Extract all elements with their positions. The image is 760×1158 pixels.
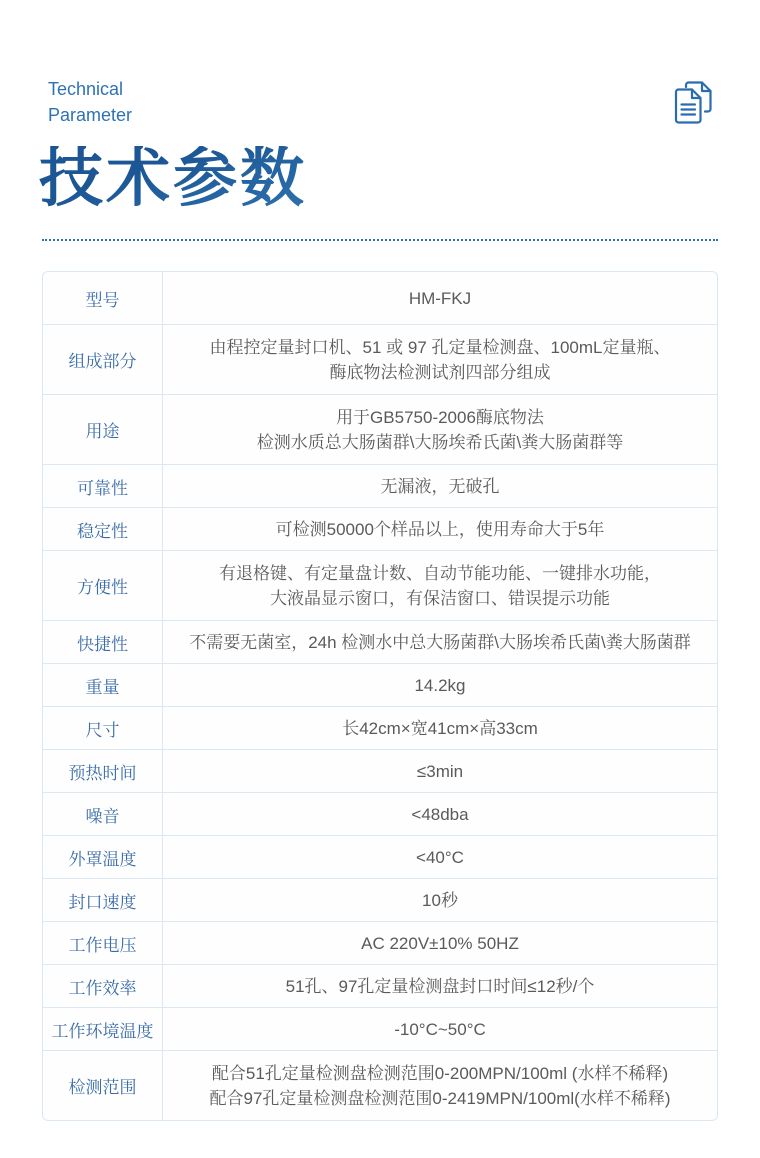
eyebrow-line2: Parameter bbox=[48, 102, 718, 128]
row-value-line: 用于GB5750-2006酶底物法 bbox=[336, 405, 544, 430]
row-value: 用于GB5750-2006酶底物法检测水质总大肠菌群\大肠埃希氏菌\粪大肠菌群等 bbox=[163, 395, 717, 464]
row-value-line: AC 220V±10% 50HZ bbox=[361, 931, 519, 956]
row-label: 封口速度 bbox=[43, 879, 163, 921]
table-row: 尺寸长42cm×宽41cm×高33cm bbox=[43, 706, 717, 749]
row-value-line: 配合51孔定量检测盘检测范围0-200MPN/100ml (水样不稀释) bbox=[212, 1061, 668, 1086]
row-value-line: ≤3min bbox=[417, 759, 463, 784]
table-row: 用途用于GB5750-2006酶底物法检测水质总大肠菌群\大肠埃希氏菌\粪大肠菌… bbox=[43, 394, 717, 464]
table-row: 检测范围配合51孔定量检测盘检测范围0-200MPN/100ml (水样不稀释)… bbox=[43, 1050, 717, 1120]
copy-document-icon bbox=[670, 78, 716, 128]
row-value: 有退格键、有定量盘计数、自动节能功能、一键排水功能，大液晶显示窗口，有保洁窗口、… bbox=[163, 551, 717, 620]
table-row: 工作环境温度-10°C~50°C bbox=[43, 1007, 717, 1050]
page-header: Technical Parameter 技术参数 bbox=[42, 76, 718, 241]
row-label: 工作环境温度 bbox=[43, 1008, 163, 1050]
row-value-line: <48dba bbox=[411, 802, 468, 827]
row-value-line: 由程控定量封口机、51 或 97 孔定量检测盘、100mL定量瓶、 bbox=[210, 335, 671, 360]
dotted-divider bbox=[42, 239, 718, 241]
table-row: 型号HM-FKJ bbox=[43, 272, 717, 324]
table-row: 快捷性不需要无菌室，24h 检测水中总大肠菌群\大肠埃希氏菌\粪大肠菌群 bbox=[43, 620, 717, 663]
row-value: 由程控定量封口机、51 或 97 孔定量检测盘、100mL定量瓶、酶底物法检测试… bbox=[163, 325, 717, 394]
row-label: 尺寸 bbox=[43, 707, 163, 749]
row-value: 不需要无菌室，24h 检测水中总大肠菌群\大肠埃希氏菌\粪大肠菌群 bbox=[163, 621, 717, 663]
row-label: 外罩温度 bbox=[43, 836, 163, 878]
row-label: 型号 bbox=[43, 272, 163, 324]
row-value-line: 可检测50000个样品以上，使用寿命大于5年 bbox=[276, 517, 605, 542]
row-label: 快捷性 bbox=[43, 621, 163, 663]
row-value-line: 长42cm×宽41cm×高33cm bbox=[342, 716, 538, 741]
row-value: 配合51孔定量检测盘检测范围0-200MPN/100ml (水样不稀释)配合97… bbox=[163, 1051, 717, 1120]
row-value-line: 有退格键、有定量盘计数、自动节能功能、一键排水功能， bbox=[219, 561, 661, 586]
spec-table: 型号HM-FKJ组成部分由程控定量封口机、51 或 97 孔定量检测盘、100m… bbox=[42, 271, 718, 1121]
table-row: 组成部分由程控定量封口机、51 或 97 孔定量检测盘、100mL定量瓶、酶底物… bbox=[43, 324, 717, 394]
table-row: 可靠性无漏液，无破孔 bbox=[43, 464, 717, 507]
table-row: 方便性有退格键、有定量盘计数、自动节能功能、一键排水功能，大液晶显示窗口，有保洁… bbox=[43, 550, 717, 620]
row-value: <48dba bbox=[163, 793, 717, 835]
row-value: AC 220V±10% 50HZ bbox=[163, 922, 717, 964]
row-value: <40°C bbox=[163, 836, 717, 878]
table-row: 工作效率51孔、97孔定量检测盘封口时间≤12秒/个 bbox=[43, 964, 717, 1007]
row-value: 14.2kg bbox=[163, 664, 717, 706]
row-value-line: 不需要无菌室，24h 检测水中总大肠菌群\大肠埃希氏菌\粪大肠菌群 bbox=[189, 630, 691, 655]
row-label: 检测范围 bbox=[43, 1051, 163, 1120]
product-spec-page: Technical Parameter 技术参数 型号HM-FKJ组成部分由程控… bbox=[0, 0, 760, 1158]
row-label: 组成部分 bbox=[43, 325, 163, 394]
row-label: 预热时间 bbox=[43, 750, 163, 792]
eyebrow-title: Technical Parameter bbox=[42, 76, 718, 128]
row-label: 重量 bbox=[43, 664, 163, 706]
eyebrow-line1: Technical bbox=[48, 76, 718, 102]
row-value: 可检测50000个样品以上，使用寿命大于5年 bbox=[163, 508, 717, 550]
row-label: 工作电压 bbox=[43, 922, 163, 964]
table-row: 噪音<48dba bbox=[43, 792, 717, 835]
row-value: 无漏液，无破孔 bbox=[163, 465, 717, 507]
row-value: 10秒 bbox=[163, 879, 717, 921]
row-value: -10°C~50°C bbox=[163, 1008, 717, 1050]
row-value-line: 14.2kg bbox=[414, 673, 465, 698]
row-label: 可靠性 bbox=[43, 465, 163, 507]
row-value-line: 检测水质总大肠菌群\大肠埃希氏菌\粪大肠菌群等 bbox=[257, 430, 623, 455]
row-label: 用途 bbox=[43, 395, 163, 464]
row-label: 方便性 bbox=[43, 551, 163, 620]
table-row: 工作电压AC 220V±10% 50HZ bbox=[43, 921, 717, 964]
table-row: 重量14.2kg bbox=[43, 663, 717, 706]
row-value: 51孔、97孔定量检测盘封口时间≤12秒/个 bbox=[163, 965, 717, 1007]
page-title: 技术参数 bbox=[39, 146, 718, 213]
table-row: 稳定性可检测50000个样品以上，使用寿命大于5年 bbox=[43, 507, 717, 550]
row-value-line: -10°C~50°C bbox=[394, 1017, 486, 1042]
row-value-line: <40°C bbox=[416, 845, 464, 870]
row-value-line: 大液晶显示窗口，有保洁窗口、错误提示功能 bbox=[270, 586, 610, 611]
row-value-line: 无漏液，无破孔 bbox=[381, 474, 500, 499]
row-label: 稳定性 bbox=[43, 508, 163, 550]
row-value-line: 51孔、97孔定量检测盘封口时间≤12秒/个 bbox=[286, 974, 595, 999]
row-value: 长42cm×宽41cm×高33cm bbox=[163, 707, 717, 749]
table-row: 预热时间≤3min bbox=[43, 749, 717, 792]
row-value: ≤3min bbox=[163, 750, 717, 792]
row-label: 工作效率 bbox=[43, 965, 163, 1007]
row-value: HM-FKJ bbox=[163, 272, 717, 324]
table-row: 封口速度10秒 bbox=[43, 878, 717, 921]
row-value-line: 10秒 bbox=[422, 888, 458, 913]
row-label: 噪音 bbox=[43, 793, 163, 835]
row-value-line: HM-FKJ bbox=[409, 286, 471, 311]
table-row: 外罩温度<40°C bbox=[43, 835, 717, 878]
row-value-line: 配合97孔定量检测盘检测范围0-2419MPN/100ml(水样不稀释) bbox=[210, 1086, 671, 1111]
row-value-line: 酶底物法检测试剂四部分组成 bbox=[330, 360, 551, 385]
